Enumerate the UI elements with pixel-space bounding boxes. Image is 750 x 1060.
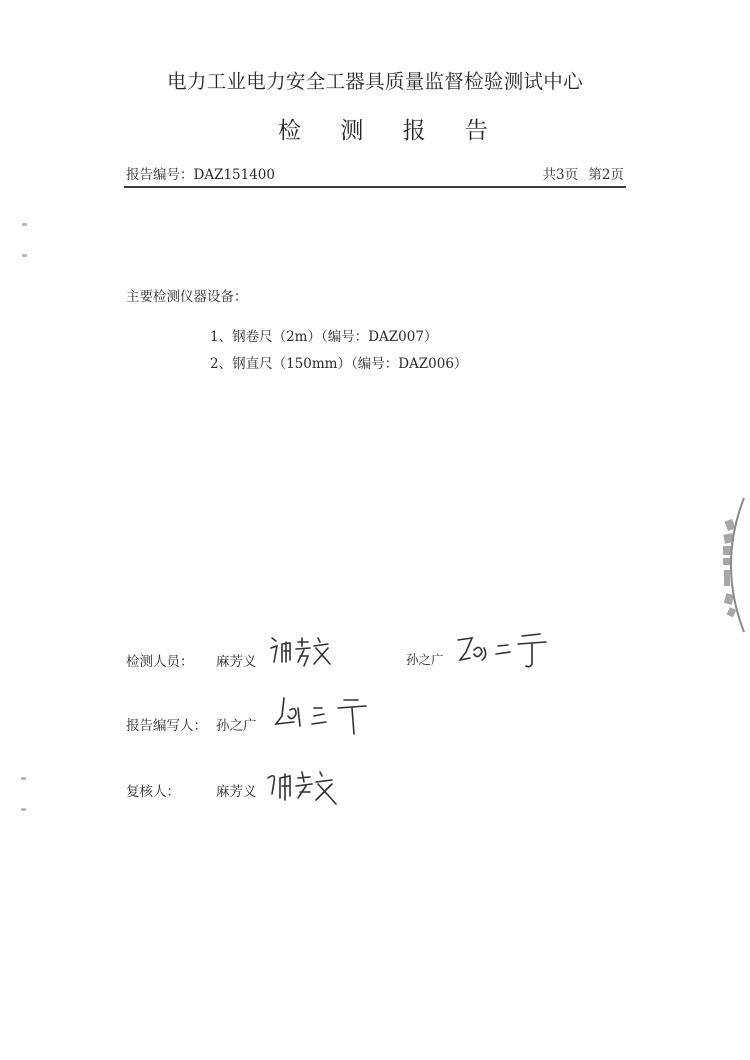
handwritten-signature-icon: [274, 696, 374, 740]
reviewer-label: 复核人：: [126, 780, 180, 800]
handwritten-signature-icon: [266, 764, 350, 808]
author-name: 孙之广: [216, 714, 257, 734]
punch-mark: [21, 777, 26, 780]
equipment-item: 1、钢卷尺（2m）（编号：DAZ007）: [210, 325, 437, 345]
document-title: 检 测 报 告: [0, 112, 750, 145]
tester-name: 孙之广: [406, 650, 444, 668]
page-indicator: 共3页 第2页: [543, 163, 624, 183]
header-divider: [124, 186, 626, 188]
handwritten-signature-icon: [456, 630, 556, 672]
testers-label: 检测人员：: [126, 650, 194, 670]
punch-mark: [22, 223, 27, 226]
report-number: 报告编号：DAZ151400: [126, 163, 275, 183]
punch-mark: [22, 254, 27, 257]
author-label: 报告编写人：: [126, 714, 207, 734]
punch-mark: [21, 808, 26, 811]
equipment-heading: 主要检测仪器设备：: [126, 285, 248, 305]
equipment-item: 2、钢直尺（150mm）（编号：DAZ006）: [210, 352, 467, 372]
handwritten-signature-icon: [268, 632, 348, 672]
organization-name: 电力工业电力安全工器具质量监督检验测试中心: [0, 66, 750, 94]
tester-name: 麻芳义: [216, 650, 257, 670]
official-seal-stamp-icon: [712, 490, 748, 640]
reviewer-name: 麻芳义: [216, 780, 257, 800]
